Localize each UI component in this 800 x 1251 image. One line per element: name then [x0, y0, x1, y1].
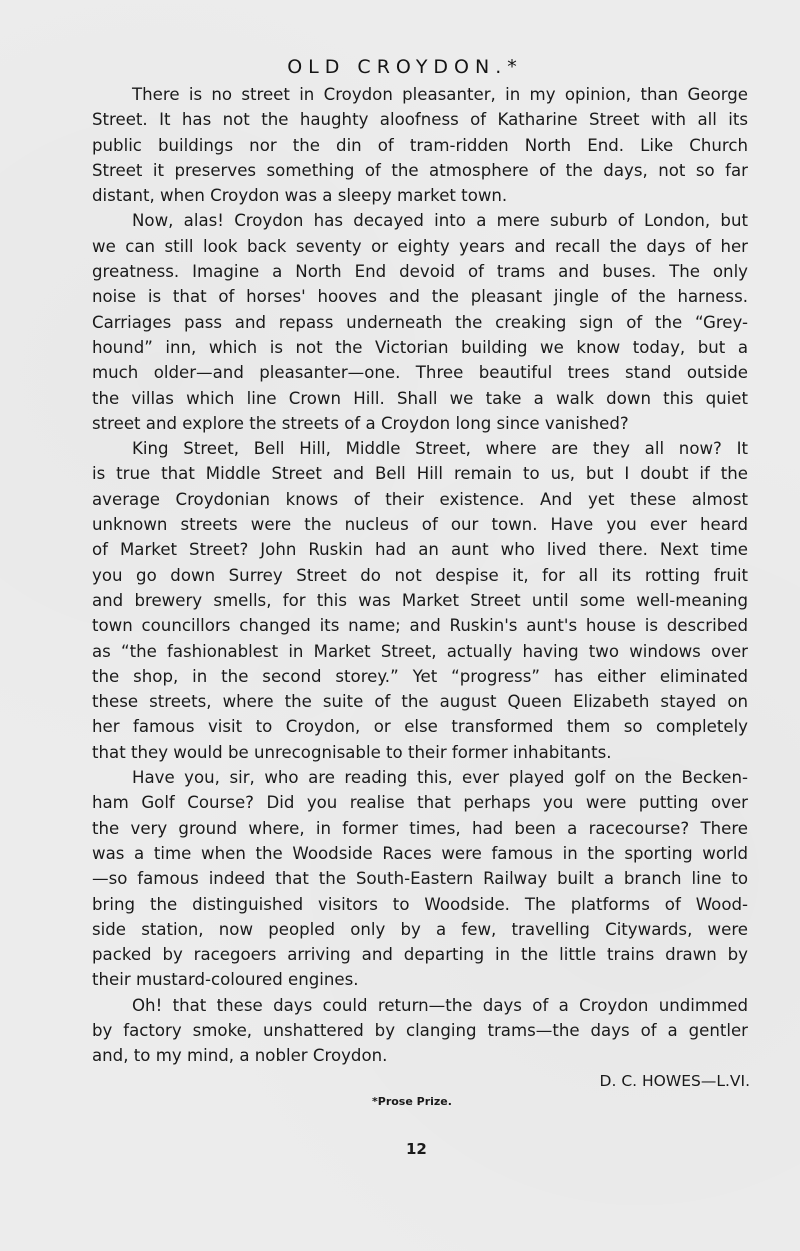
text-line: distant, when Croydon was a sleepy marke…: [92, 183, 748, 208]
text-line: that they would be unrecognisable to the…: [92, 740, 748, 765]
text-line: street and explore the streets of a Croy…: [92, 411, 748, 436]
text-line: town councillors changed its name; and R…: [92, 613, 748, 638]
text-line: Carriages pass and repass underneath the…: [92, 310, 748, 335]
text-line: King Street, Bell Hill, Middle Street, w…: [92, 436, 748, 461]
text-line: these streets, where the suite of the au…: [92, 689, 748, 714]
text-line: bring the distinguished visitors to Wood…: [92, 892, 748, 917]
text-line: the villas which line Crown Hill. Shall …: [92, 386, 748, 411]
text-line: greatness. Imagine a North End devoid of…: [92, 259, 748, 284]
text-line: of Market Street? John Ruskin had an aun…: [92, 537, 748, 562]
text-line: hound” inn, which is not the Victorian b…: [92, 335, 748, 360]
page-number: 12: [406, 1140, 427, 1158]
text-line: their mustard-coloured engines.: [92, 967, 748, 992]
text-line: and brewery smells, for this was Market …: [92, 588, 748, 613]
footnote: *Prose Prize.: [372, 1095, 452, 1108]
text-line: unknown streets were the nucleus of our …: [92, 512, 748, 537]
text-line: is true that Middle Street and Bell Hill…: [92, 461, 748, 486]
text-line: the very ground where, in former times, …: [92, 816, 748, 841]
text-line: Now, alas! Croydon has decayed into a me…: [92, 208, 748, 233]
text-line: Street it preserves something of the atm…: [92, 158, 748, 183]
text-line: average Croydonian knows of their existe…: [92, 487, 748, 512]
article-title: OLD CROYDON.*: [0, 56, 800, 78]
text-line: much older—and pleasanter—one. Three bea…: [92, 360, 748, 385]
text-line: Oh! that these days could return—the day…: [92, 993, 748, 1018]
text-line: we can still look back seventy or eighty…: [92, 234, 748, 259]
text-line: the shop, in the second storey.” Yet “pr…: [92, 664, 748, 689]
text-line: side station, now peopled only by a few,…: [92, 917, 748, 942]
text-line: noise is that of horses' hooves and the …: [92, 284, 748, 309]
article-body: There is no street in Croydon pleasanter…: [92, 82, 748, 1069]
text-line: Have you, sir, who are reading this, eve…: [92, 765, 748, 790]
text-line: as “the fashionablest in Market Street, …: [92, 639, 748, 664]
document-page: OLD CROYDON.* There is no street in Croy…: [0, 0, 800, 1251]
text-line: public buildings nor the din of tram-rid…: [92, 133, 748, 158]
text-line: and, to my mind, a nobler Croydon.: [92, 1043, 748, 1068]
text-line: you go down Surrey Street do not despise…: [92, 563, 748, 588]
text-line: packed by racegoers arriving and departi…: [92, 942, 748, 967]
text-line: —so famous indeed that the South-Eastern…: [92, 866, 748, 891]
text-line: There is no street in Croydon pleasanter…: [92, 82, 748, 107]
text-line: her famous visit to Croydon, or else tra…: [92, 714, 748, 739]
author-signature: D. C. HOWES—L.VI.: [600, 1072, 750, 1090]
text-line: ham Golf Course? Did you realise that pe…: [92, 790, 748, 815]
text-line: Street. It has not the haughty aloofness…: [92, 107, 748, 132]
text-line: by factory smoke, unshattered by clangin…: [92, 1018, 748, 1043]
text-line: was a time when the Woodside Races were …: [92, 841, 748, 866]
